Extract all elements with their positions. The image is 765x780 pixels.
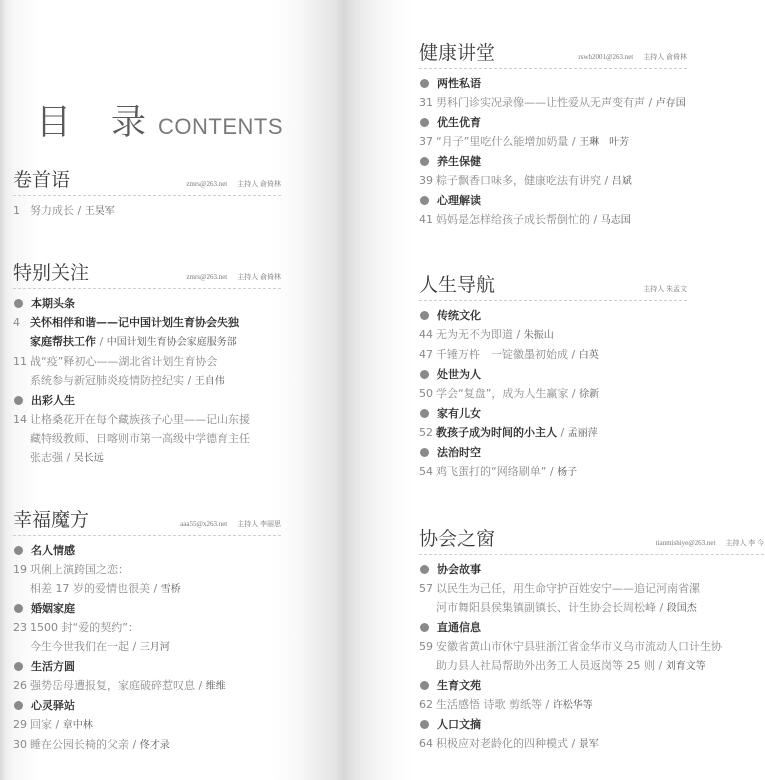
separator: / xyxy=(96,335,107,348)
page-number: 54 xyxy=(419,462,433,481)
section-title: 卷首语 xyxy=(13,165,70,192)
toc-entry[interactable]: 29回家 / 章中林 xyxy=(13,715,281,735)
toc-entry[interactable]: 30睡在公园长椅的父亲 / 佟才录 xyxy=(13,735,281,755)
contents-title-cn-1: 目 xyxy=(36,95,71,145)
bullet-dot-icon xyxy=(420,370,429,379)
section-title: 幸福魔方 xyxy=(13,505,89,532)
toc-entry[interactable]: 家庭帮扶工作 / 中国计划生育协会家庭服务部 xyxy=(13,332,281,352)
section-tebieguanzhu: 特别关注zmrs@263.net主持人 俞倚林本期头条4关怀相伴和谐——记中国计… xyxy=(13,258,281,468)
separator: / xyxy=(590,213,601,226)
page-number: 64 xyxy=(419,734,433,753)
page-number: 41 xyxy=(419,210,433,229)
article-author: 刘育文等 xyxy=(666,661,706,672)
section-email: tianmishiye@263.net xyxy=(656,539,716,547)
section-email: aaa55@x263.net xyxy=(180,520,227,528)
article-title: 相差 17 岁的爱情也很美 xyxy=(30,582,150,595)
section-host: 主持人 俞倚林 xyxy=(237,180,281,188)
category-label: 生育文苑 xyxy=(419,676,764,695)
bullet-dot-icon xyxy=(14,396,23,405)
bullet-dot-icon xyxy=(420,448,429,457)
section-host: 主持人 俞倚林 xyxy=(643,53,687,61)
article-title: 系统参与新冠肺炎疫情防控纪实 xyxy=(30,374,184,387)
section-header: 健康讲堂rswh2001@263.net主持人 俞倚林 xyxy=(419,38,687,69)
article-title: 河市舞阳县侯集镇副镇长、计生协会长周松峰 xyxy=(436,601,656,614)
page-number: 26 xyxy=(13,676,27,695)
toc-entry[interactable]: 57以民生为己任，用生命守护百姓安宁——追记河南省漯 xyxy=(419,579,764,598)
toc-entry[interactable]: 231500 封“爱的契约”： xyxy=(13,618,281,637)
section-title: 协会之窗 xyxy=(419,524,495,551)
toc-entry[interactable]: 44无为无不为即道 / 朱振山 xyxy=(419,325,687,345)
separator: / xyxy=(656,601,667,614)
toc-entry[interactable]: 31男科门诊实况录像——让性爱从无声变有声 / 卢存国 xyxy=(419,93,687,113)
bullet-dot-icon xyxy=(420,681,429,690)
bullet-dot-icon xyxy=(420,623,429,632)
category-label: 本期头条 xyxy=(13,294,281,313)
section-xiehuizhichuang: 协会之窗tianmishiye@263.net主持人 李 今协会故事57以民生为… xyxy=(419,524,764,754)
article-title: 关怀相伴和谐——记中国计划生育协会失独 xyxy=(30,316,239,329)
separator: / xyxy=(568,387,579,400)
section-title: 健康讲堂 xyxy=(419,38,495,65)
article-title: 男科门诊实况录像——让性爱从无声变有声 xyxy=(436,96,645,109)
article-title: 巩俐上演跨国之恋： xyxy=(30,563,129,576)
bullet-dot-icon xyxy=(420,409,429,418)
section-host: 主持人 俞倚林 xyxy=(237,273,281,281)
article-title: 助力县人社局帮助外出务工人员返岗等 25 则 xyxy=(436,659,655,672)
bullet-dot-icon xyxy=(420,79,429,88)
separator: / xyxy=(546,465,557,478)
bullet-dot-icon xyxy=(14,546,23,555)
article-title: 鸡飞蛋打的“网络刷单” xyxy=(436,465,546,478)
section-meta: zmrs@263.net主持人 俞倚林 xyxy=(186,179,281,189)
section-host: 主持人 朱孟文 xyxy=(643,285,687,293)
article-title: 妈妈是怎样给孩子成长帮倒忙的 xyxy=(436,213,590,226)
category-label: 心理解读 xyxy=(419,191,687,210)
article-title: 努力成长 xyxy=(30,204,74,217)
separator: / xyxy=(150,582,161,595)
separator: / xyxy=(557,426,568,439)
bullet-dot-icon xyxy=(420,311,429,320)
separator: / xyxy=(568,135,579,148)
article-title: 千锤万杵 一锭徽墨初始成 xyxy=(436,348,568,361)
page-number: 1 xyxy=(13,201,27,220)
toc-entry[interactable]: 64积极应对老龄化的四种模式 / 景军 xyxy=(419,734,764,754)
bullet-dot-icon xyxy=(14,662,23,671)
article-author: 徐新 xyxy=(579,389,599,400)
section-header: 幸福魔方aaa55@x263.net主持人 李丽思 xyxy=(13,505,281,536)
article-author: 吕斌 xyxy=(612,176,632,187)
article-author: 三月河 xyxy=(140,642,170,653)
article-title: 无为无不为即道 xyxy=(436,328,513,341)
category-label: 家有儿女 xyxy=(419,404,687,423)
separator: / xyxy=(645,96,656,109)
article-author: 佟才录 xyxy=(140,740,170,751)
page-number: 14 xyxy=(13,410,27,429)
article-title: 粽子飘香口味多，健康吃法有讲究 xyxy=(436,174,601,187)
toc-entry[interactable]: 41妈妈是怎样给孩子成长帮倒忙的 / 马志国 xyxy=(419,210,687,230)
article-author: 许松华等 xyxy=(553,700,593,711)
contents-title-en: CONTENTS xyxy=(158,114,283,140)
section-meta: tianmishiye@263.net主持人 李 今 xyxy=(656,538,764,548)
section-header: 特别关注zmrs@263.net主持人 俞倚林 xyxy=(13,258,281,289)
section-title: 人生导航 xyxy=(419,270,495,297)
separator: / xyxy=(568,737,579,750)
article-title: 安徽省黄山市休宁县驻浙江省金华市义乌市流动人口计生协 xyxy=(436,640,722,653)
category-label: 婚姻家庭 xyxy=(13,599,281,618)
page-number: 30 xyxy=(13,735,27,754)
page-number: 44 xyxy=(419,325,433,344)
bullet-dot-icon xyxy=(420,157,429,166)
toc-entry[interactable]: 河市舞阳县侯集镇副镇长、计生协会长周松峰 / 段国杰 xyxy=(419,598,764,618)
page-number: 37 xyxy=(419,132,433,151)
separator: / xyxy=(63,451,74,464)
article-author: 白英 xyxy=(579,350,599,361)
category-label: 传统文化 xyxy=(419,306,687,325)
category-label: 出彩人生 xyxy=(13,391,281,410)
article-title: 藏特级教师、日喀则市第一高级中学德育主任 xyxy=(30,432,250,445)
category-label: 直通信息 xyxy=(419,618,764,637)
page-number: 29 xyxy=(13,715,27,734)
category-label: 养生保健 xyxy=(419,152,687,171)
toc-entry[interactable]: 54鸡飞蛋打的“网络刷单” / 杨子 xyxy=(419,462,687,482)
toc-entry[interactable]: 1努力成长 / 王昊军 xyxy=(13,201,281,221)
category-label: 优生优育 xyxy=(419,113,687,132)
article-title: 教孩子成为时间的小主人 xyxy=(436,426,557,439)
article-title: 生活感悟 诗歌 剪纸等 xyxy=(436,698,542,711)
separator: / xyxy=(195,679,206,692)
article-author: 章中林 xyxy=(63,720,93,731)
article-title: 张志强 xyxy=(30,451,63,464)
section-meta: rswh2001@263.net主持人 俞倚林 xyxy=(578,52,687,62)
article-author: 卢存国 xyxy=(656,98,686,109)
toc-entry[interactable]: 39粽子飘香口味多，健康吃法有讲究 / 吕斌 xyxy=(419,171,687,191)
separator: / xyxy=(568,348,579,361)
section-renshengdaohang: 人生导航主持人 朱孟文传统文化44无为无不为即道 / 朱振山47千锤万杵 一锭徽… xyxy=(419,270,687,482)
article-title: 以民生为己任，用生命守护百姓安宁——追记河南省漯 xyxy=(436,582,700,595)
section-host: 主持人 李丽思 xyxy=(237,520,281,528)
section-meta: aaa55@x263.net主持人 李丽思 xyxy=(180,519,281,529)
separator: / xyxy=(52,718,63,731)
toc-entry[interactable]: 14让格桑花开在每个藏族孩子心里——记山东援 xyxy=(13,410,281,429)
separator: / xyxy=(655,659,666,672)
article-title: 回家 xyxy=(30,718,52,731)
bullet-dot-icon xyxy=(14,299,23,308)
toc-entry[interactable]: 张志强 / 吴长远 xyxy=(13,448,281,468)
article-author: 景军 xyxy=(579,739,599,750)
bullet-dot-icon xyxy=(420,720,429,729)
article-title: 积极应对老龄化的四种模式 xyxy=(436,737,568,750)
article-title: 今生今世我们在一起 xyxy=(30,640,129,653)
section-header: 协会之窗tianmishiye@263.net主持人 李 今 xyxy=(419,524,764,555)
category-label: 心灵驿站 xyxy=(13,696,281,715)
toc-entry[interactable]: 相差 17 岁的爱情也很美 / 雪桥 xyxy=(13,579,281,599)
bullet-dot-icon xyxy=(420,565,429,574)
article-author: 吴长远 xyxy=(74,453,104,464)
article-title: 学会“复盘”，成为人生赢家 xyxy=(436,387,568,400)
article-author: 王琳 叶芳 xyxy=(579,137,629,148)
toc-entry[interactable]: 今生今世我们在一起 / 三月河 xyxy=(13,637,281,657)
toc-entry[interactable]: 26强势岳母遭报复，家庭破碎惹叹息 / 维维 xyxy=(13,676,281,696)
article-title: 让格桑花开在每个藏族孩子心里——记山东援 xyxy=(30,413,250,426)
section-xingfumofang: 幸福魔方aaa55@x263.net主持人 李丽思名人情感19巩俐上演跨国之恋：… xyxy=(13,505,281,755)
article-author: 杨子 xyxy=(557,467,577,478)
bullet-dot-icon xyxy=(420,196,429,205)
toc-entry[interactable]: 助力县人社局帮助外出务工人员返岗等 25 则 / 刘育文等 xyxy=(419,656,764,676)
article-author: 中国计划生育协会家庭服务部 xyxy=(107,337,237,348)
article-author: 王昊军 xyxy=(85,206,115,217)
bullet-dot-icon xyxy=(14,701,23,710)
contents-title-cn-2: 录 xyxy=(111,95,146,145)
article-title: 强势岳母遭报复，家庭破碎惹叹息 xyxy=(30,679,195,692)
article-author: 孟丽萍 xyxy=(568,428,598,439)
article-title: 战“疫”释初心——湖北省计划生育协会 xyxy=(30,355,217,368)
article-title: 家庭帮扶工作 xyxy=(30,335,96,348)
toc-entry[interactable]: 52教孩子成为时间的小主人 / 孟丽萍 xyxy=(419,423,687,443)
page-number: 47 xyxy=(419,345,433,364)
bullet-dot-icon xyxy=(14,604,23,613)
article-author: 雪桥 xyxy=(161,584,181,595)
page-number: 39 xyxy=(419,171,433,190)
page-number: 11 xyxy=(13,352,27,371)
article-title: 1500 封“爱的契约”： xyxy=(30,621,139,634)
separator: / xyxy=(74,204,85,217)
section-meta: 主持人 朱孟文 xyxy=(643,284,687,294)
toc-entry[interactable]: 62生活感悟 诗歌 剪纸等 / 许松华等 xyxy=(419,695,764,715)
section-title: 特别关注 xyxy=(13,258,89,285)
separator: / xyxy=(513,328,524,341)
toc-entry[interactable]: 19巩俐上演跨国之恋： xyxy=(13,560,281,579)
category-label: 法治时空 xyxy=(419,443,687,462)
category-label: 协会故事 xyxy=(419,560,764,579)
page-number: 23 xyxy=(13,618,27,637)
section-header: 人生导航主持人 朱孟文 xyxy=(419,270,687,301)
toc-entry[interactable]: 47千锤万杵 一锭徽墨初始成 / 白英 xyxy=(419,345,687,365)
article-title: “月子”里吃什么能增加奶量 xyxy=(436,135,568,148)
page-number: 52 xyxy=(419,423,433,442)
separator: / xyxy=(184,374,195,387)
page-number: 62 xyxy=(419,695,433,714)
section-juanshouyu: 卷首语zmrs@263.net主持人 俞倚林1努力成长 / 王昊军 xyxy=(13,165,281,221)
section-host: 主持人 李 今 xyxy=(726,539,765,547)
category-label: 生活方圆 xyxy=(13,657,281,676)
page-number: 50 xyxy=(419,384,433,403)
page-number: 31 xyxy=(419,93,433,112)
bullet-dot-icon xyxy=(420,118,429,127)
category-label: 人口文摘 xyxy=(419,715,764,734)
article-author: 朱振山 xyxy=(524,330,554,341)
category-label: 两性私语 xyxy=(419,74,687,93)
section-meta: zmrs@263.net主持人 俞倚林 xyxy=(186,272,281,282)
page-number: 4 xyxy=(13,313,27,332)
article-title: 睡在公园长椅的父亲 xyxy=(30,738,129,751)
separator: / xyxy=(601,174,612,187)
page-number: 59 xyxy=(419,637,433,656)
page-number: 57 xyxy=(419,579,433,598)
toc-entry[interactable]: 59安徽省黄山市休宁县驻浙江省金华市义乌市流动人口计生协 xyxy=(419,637,764,656)
toc-entry[interactable]: 37“月子”里吃什么能增加奶量 / 王琳 叶芳 xyxy=(419,132,687,152)
separator: / xyxy=(129,640,140,653)
toc-entry[interactable]: 50学会“复盘”，成为人生赢家 / 徐新 xyxy=(419,384,687,404)
toc-entry[interactable]: 系统参与新冠肺炎疫情防控纪实 / 王自伟 xyxy=(13,371,281,391)
section-jiankangjiangtang: 健康讲堂rswh2001@263.net主持人 俞倚林两性私语31男科门诊实况录… xyxy=(419,38,687,230)
toc-entry[interactable]: 藏特级教师、日喀则市第一高级中学德育主任 xyxy=(13,429,281,448)
section-email: zmrs@263.net xyxy=(186,273,227,281)
category-label: 名人情感 xyxy=(13,541,281,560)
toc-entry[interactable]: 11战“疫”释初心——湖北省计划生育协会 xyxy=(13,352,281,371)
page-number: 19 xyxy=(13,560,27,579)
category-label: 处世为人 xyxy=(419,365,687,384)
article-author: 马志国 xyxy=(601,215,631,226)
article-author: 王自伟 xyxy=(195,376,225,387)
separator: / xyxy=(542,698,553,711)
section-email: rswh2001@263.net xyxy=(578,53,633,61)
section-header: 卷首语zmrs@263.net主持人 俞倚林 xyxy=(13,165,281,196)
contents-heading: 目 录 CONTENTS xyxy=(36,95,283,145)
separator: / xyxy=(129,738,140,751)
section-email: zmrs@263.net xyxy=(186,180,227,188)
article-author: 段国杰 xyxy=(667,603,697,614)
toc-entry[interactable]: 4关怀相伴和谐——记中国计划生育协会失独 xyxy=(13,313,281,332)
article-author: 维维 xyxy=(206,681,226,692)
